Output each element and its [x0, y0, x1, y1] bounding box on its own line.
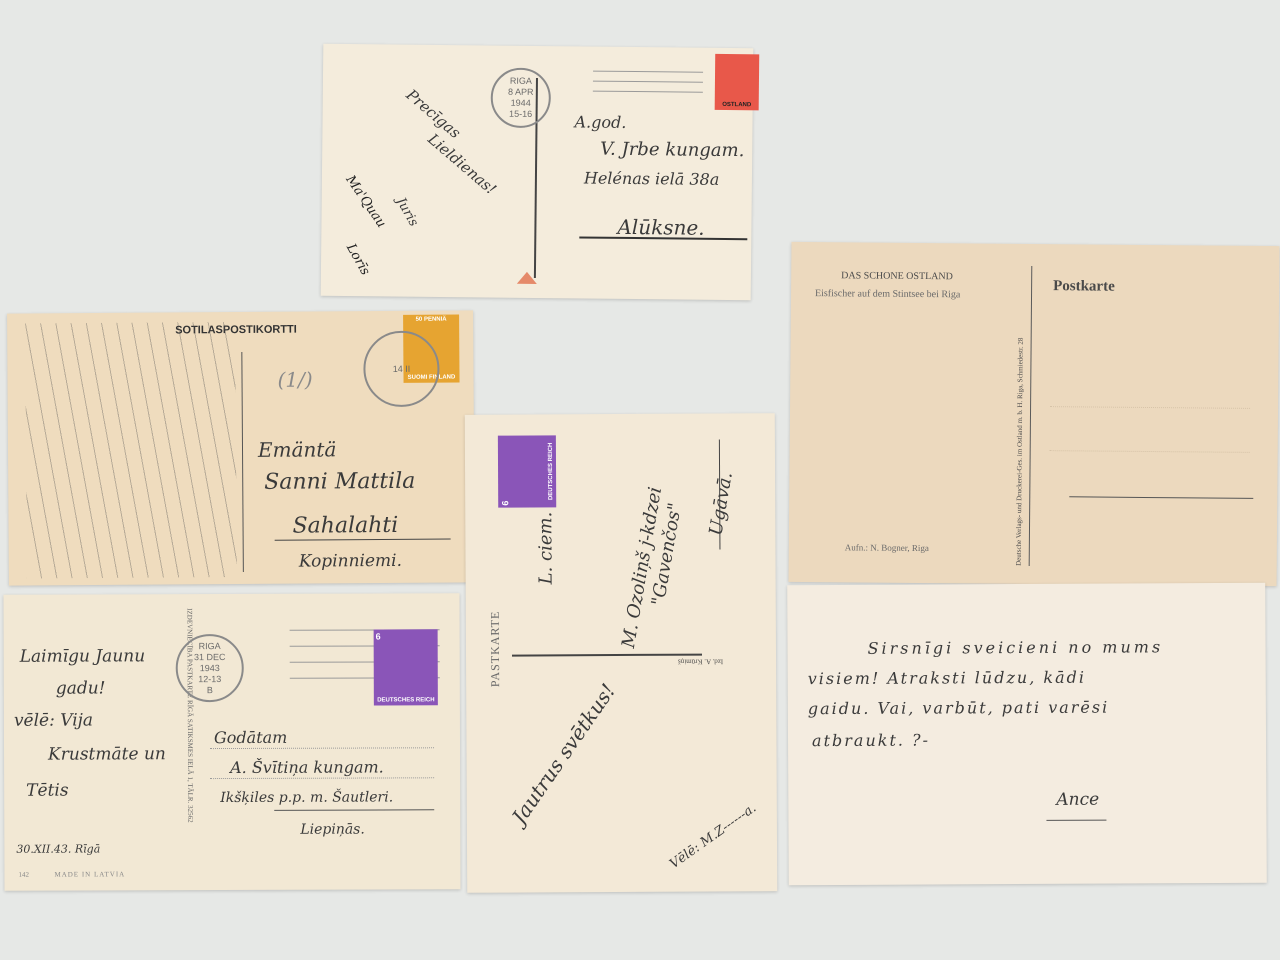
address-line: Ikšķiles p.p. m. Šautleri.	[220, 789, 393, 806]
address-underline	[275, 539, 451, 541]
signature: Vēlē: M.Z------a.	[667, 801, 759, 872]
address-line: A. Švītiņa kungam.	[230, 757, 384, 777]
cancel-wave	[593, 71, 703, 73]
signature: Ance	[1056, 790, 1099, 810]
photo-credit: Aufn.: N. Bogner, Riga	[845, 542, 929, 553]
address-line: Sanni Mattila	[264, 469, 415, 495]
card-number: 142	[18, 871, 29, 879]
message-line: Tētis	[26, 781, 68, 801]
publisher-text: Deutsche Verlags- und Druckerei-Ges. im …	[1015, 266, 1026, 566]
address-line: Ugāvā.	[705, 470, 736, 537]
address-line: A.god.	[574, 112, 626, 132]
message-line: atbraukt. ?-	[812, 731, 930, 751]
card-subtitle: Eisfischer auf dem Stintsee bei Riga	[815, 288, 960, 300]
address-underline	[274, 809, 434, 811]
postcard-ance: Sirsnīgi sveicieni no mums visiem! Atrak…	[787, 583, 1267, 885]
message-text	[25, 322, 237, 578]
divider-line	[1029, 266, 1033, 566]
postcard-sotilas: SOTILASPOSTIKORTTI 50 PENNIÄ SUOMI FINLA…	[7, 310, 475, 585]
stamp-reich: 6 DEUTSCHES REICH	[374, 629, 438, 705]
message-line: Jautrus svētkus!	[507, 679, 620, 828]
message-line: Lieldienas!	[424, 130, 500, 198]
note: (1/)	[277, 367, 312, 391]
date-note: 30.XII.43. Rīgā	[16, 842, 100, 855]
address-line	[1050, 406, 1250, 409]
message-line: visiem! Atraksti lūdzu, kādi	[808, 668, 1086, 688]
address-line: Helénas ielā 38a	[584, 168, 720, 188]
postcard-laimigu: Laimīgu Jaunu gadu! vēlē: Vija Krustmāte…	[3, 593, 460, 891]
address-line: Godātam	[214, 728, 287, 747]
postmark: RIGA 31 DEC 1943 12-13 B	[176, 634, 244, 702]
address-underline	[1069, 496, 1253, 499]
address-line	[210, 777, 434, 779]
message-line: gadu!	[56, 678, 106, 698]
address-line: Emäntä	[258, 437, 337, 462]
postmark: 14 II	[363, 331, 440, 408]
postkarte-heading: Postkarte	[1053, 278, 1115, 296]
message-line: vēlē: Vija	[14, 710, 93, 730]
postmark: RIGA 8 APR 1944 15-16	[490, 68, 551, 129]
address-line	[210, 747, 434, 749]
message-line: Juris	[393, 195, 421, 229]
message-line: gaidu. Vai, varbūt, pati varēsi	[808, 698, 1109, 719]
publisher-logo-icon	[517, 272, 537, 284]
address-underline	[579, 236, 747, 240]
divider-line	[241, 352, 244, 572]
message-line: Lorīs	[343, 241, 373, 278]
stamp-reich: 6 DEUTSCHES REICH	[498, 435, 556, 507]
card-title: DAS SCHONE OSTLAND	[841, 270, 953, 282]
cancel-wave	[593, 81, 703, 83]
address-line: V. Jrbe kungam.	[600, 139, 744, 162]
address-line: Sahalahti	[292, 513, 398, 539]
message-line: Sirsnīgi sveicieni no mums	[867, 637, 1163, 658]
pastkarte-heading: PASTKARTE	[488, 611, 503, 688]
cancel-wave	[593, 91, 703, 93]
postcard-pastkarte: 6 DEUTSCHES REICH PASTKARTE Izd. A. Krūm…	[465, 413, 777, 893]
address-line: L. ciem.	[535, 512, 556, 585]
divider-line	[512, 654, 702, 657]
message-line: Ma'Quau	[342, 173, 388, 231]
address-line: Kopinniemi.	[299, 551, 402, 572]
postcard-riga-aluksne: RIGA 8 APR 1944 15-16 OSTLAND Precīgas L…	[321, 44, 754, 300]
made-in: MADE IN LATVIA	[54, 870, 125, 878]
signature-underline	[1046, 820, 1106, 821]
address-line	[1050, 450, 1250, 453]
message-line: Laimīgu Jaunu	[20, 646, 146, 666]
publisher-text: Izd. A. Krūmiņš	[678, 657, 723, 665]
address-line: Liepiņās.	[300, 822, 365, 838]
postcard-ostland: DAS SCHONE OSTLAND Eisfischer auf dem St…	[789, 242, 1280, 586]
stamp-ostland: OSTLAND	[715, 54, 760, 110]
message-line: Krustmāte un	[48, 744, 166, 764]
